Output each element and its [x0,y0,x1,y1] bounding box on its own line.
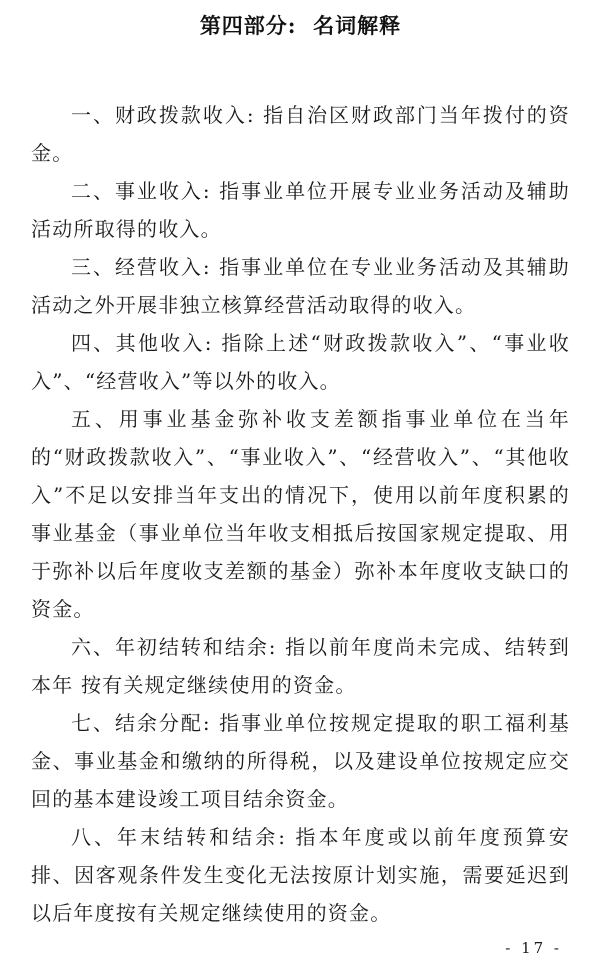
glossary-paragraph-2: 二、事业收入: 指事业单位开展专业业务活动及辅助活动所取得的收入。 [31,172,570,248]
glossary-paragraph-7: 七、结余分配: 指事业单位按规定提取的职工福利基金、事业基金和缴纳的所得税，以及… [31,704,570,818]
glossary-paragraph-1: 一、财政拨款收入: 指自治区财政部门当年拨付的资金。 [31,96,570,172]
glossary-body: 一、财政拨款收入: 指自治区财政部门当年拨付的资金。 二、事业收入: 指事业单位… [31,96,570,932]
document-page: 第四部分: 名词解释 一、财政拨款收入: 指自治区财政部门当年拨付的资金。 二、… [0,0,600,979]
page-number: - 17 - [505,939,562,957]
glossary-paragraph-8: 八、年末结转和结余: 指本年度或以前年度预算安排、因客观条件发生变化无法按原计划… [31,818,570,932]
glossary-paragraph-3: 三、经营收入: 指事业单位在专业业务活动及其辅助活动之外开展非独立核算经营活动取… [31,248,570,324]
glossary-paragraph-6: 六、年初结转和结余: 指以前年度尚未完成、结转到本年 按有关规定继续使用的资金。 [31,628,570,704]
page-title: 第四部分: 名词解释 [31,12,570,40]
glossary-paragraph-4: 四、其他收入: 指除上述“财政拨款收入”、“事业收入”、“经营收入”等以外的收入… [31,324,570,400]
glossary-paragraph-5: 五、用事业基金弥补收支差额指事业单位在当年的“财政拨款收入”、“事业收入”、“经… [31,400,570,628]
